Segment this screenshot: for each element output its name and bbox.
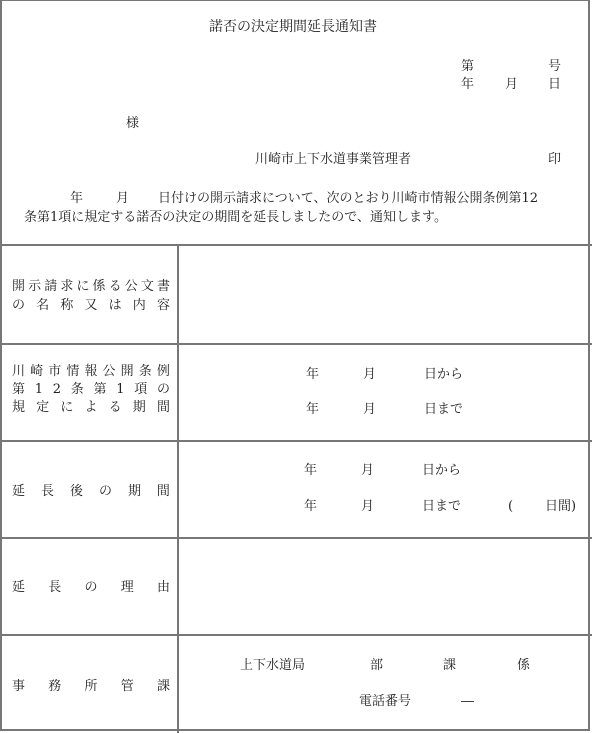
date-year: 年: [461, 77, 474, 93]
office-bureau: 上下水道局: [240, 658, 305, 674]
label-line: 事務所管課: [12, 677, 170, 696]
label-extended-period: 延長後の期間: [12, 482, 170, 501]
label-responsible-office: 事務所管課: [12, 677, 170, 696]
number-prefix: 第: [461, 59, 474, 75]
label-document-name: 開示請求に係る公文書 の名称又は内容: [12, 277, 170, 315]
extended-from-day: 日から: [422, 463, 461, 479]
issuer-name: 川崎市上下水道事業管理者: [255, 152, 411, 168]
extended-to-month: 月: [361, 499, 374, 515]
days-paren-open: (: [508, 499, 513, 515]
label-ordinance-period: 川崎市情報公開条例 第12条第1項の 規定による期間: [12, 363, 170, 417]
label-line: 延長の理由: [12, 578, 170, 597]
row-divider: [2, 634, 592, 636]
body-month: 月: [116, 191, 129, 207]
period-to-day: 日まで: [424, 402, 463, 418]
number-suffix: 号: [548, 59, 561, 75]
label-line: 川崎市情報公開条例: [12, 363, 170, 381]
column-divider: [177, 245, 179, 733]
body-text-2: 条第1項に規定する諾否の決定の期間を延長しましたので、通知します。: [24, 210, 447, 226]
seal-mark: 印: [548, 152, 561, 168]
label-line: 開示請求に係る公文書: [12, 277, 170, 296]
label-extension-reason: 延長の理由: [12, 578, 170, 597]
row-divider: [2, 537, 592, 539]
period-from-month: 月: [363, 367, 376, 383]
date-month: 月: [505, 77, 518, 93]
body-year: 年: [70, 191, 83, 207]
label-line: 延長後の期間: [12, 482, 170, 501]
label-line: 規定による期間: [12, 399, 170, 417]
period-to-year: 年: [306, 402, 319, 418]
period-to-month: 月: [363, 402, 376, 418]
addressee-suffix: 様: [126, 116, 139, 132]
row-divider: [2, 440, 592, 442]
period-from-year: 年: [306, 367, 319, 383]
office-section: 課: [443, 658, 456, 674]
table-top-border: [2, 244, 592, 246]
phone-label: 電話番号: [359, 694, 411, 710]
phone-dash: ―: [461, 694, 474, 710]
office-dept: 部: [370, 658, 383, 674]
extended-from-year: 年: [304, 463, 317, 479]
date-day: 日: [548, 77, 561, 93]
row-divider: [2, 343, 592, 345]
extended-to-day: 日まで: [422, 499, 461, 515]
extended-from-month: 月: [361, 463, 374, 479]
office-unit: 係: [517, 658, 530, 674]
period-from-day: 日から: [424, 367, 463, 383]
document-title: 諾否の決定期間延長通知書: [209, 19, 377, 35]
notice-document: 諾否の決定期間延長通知書 第 号 年 月 日 様 川崎市上下水道事業管理者 印 …: [0, 0, 590, 731]
label-line: の名称又は内容: [12, 296, 170, 315]
days-count-label: 日間): [545, 499, 576, 515]
label-line: 第12条第1項の: [12, 381, 170, 399]
body-text-1: 日付けの開示請求について、次のとおり川崎市情報公開条例第12: [158, 191, 538, 207]
extended-to-year: 年: [304, 499, 317, 515]
